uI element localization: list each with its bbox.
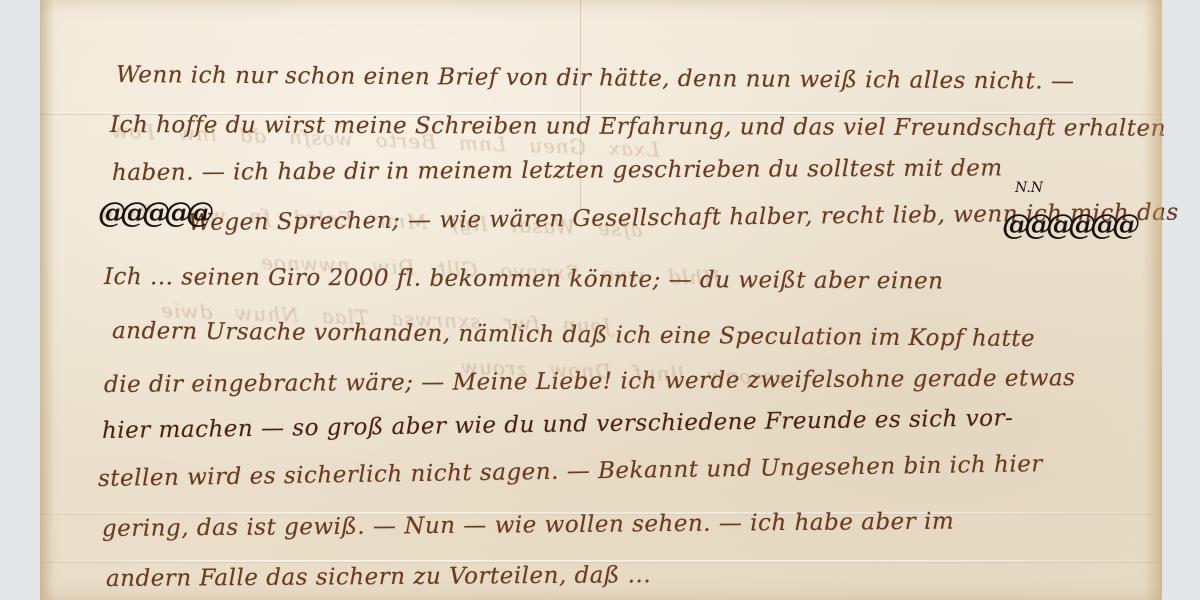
letter-line-11: andern Falle das sichern zu Vorteilen, d… bbox=[106, 562, 651, 592]
letter-line-2: Ich hoffe du wirst meine Schreiben und E… bbox=[110, 112, 1166, 142]
redaction-annotation: N.N bbox=[1015, 180, 1043, 196]
redaction-scribble-left: @@@@@ bbox=[98, 196, 208, 229]
letter-page: Lxax Gneu Lnm Berto wosfn dd lnw Pow afs… bbox=[40, 0, 1162, 600]
redaction-scribble-right: @@@@@@ bbox=[1002, 208, 1134, 241]
letter-line-1: Wenn ich nur schon einen Brief von dir h… bbox=[116, 62, 1075, 95]
document-scan: Lxax Gneu Lnm Berto wosfn dd lnw Pow afs… bbox=[0, 0, 1200, 600]
letter-line-5: Ich ... seinen Giro 2000 fl. bekommen kö… bbox=[104, 264, 944, 294]
letter-line-9: stellen wird es sicherlich nicht sagen. … bbox=[98, 451, 1043, 492]
letter-line-8: hier machen — so groß aber wie du und ve… bbox=[102, 405, 1014, 444]
letter-line-7: die dir eingebracht wäre; — Meine Liebe!… bbox=[104, 365, 1076, 398]
letter-line-6: andern Ursache vorhanden, nämlich daß ic… bbox=[112, 318, 1035, 352]
letter-line-3: haben. — ich habe dir in meinem letzten … bbox=[112, 155, 1003, 186]
